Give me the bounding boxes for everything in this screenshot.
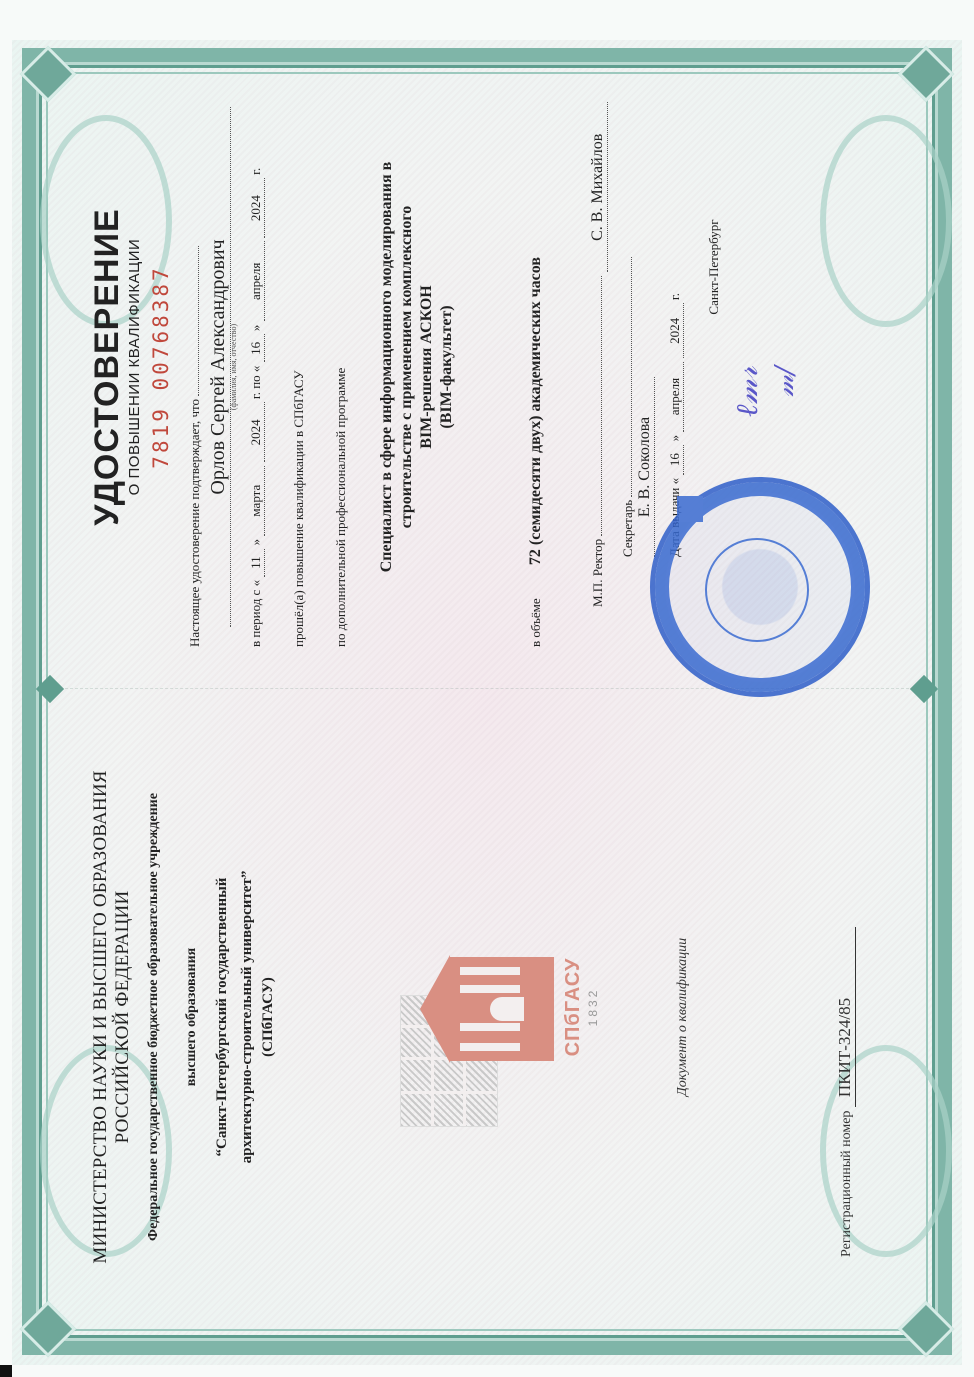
- period-prefix: в период с «: [248, 580, 263, 647]
- right-page: УДОСТОВЕРЕНИЕ О ПОВЫШЕНИИ КВАЛИФИКАЦИИ 7…: [90, 87, 722, 647]
- period-sep: »: [248, 539, 263, 546]
- period-start-day: 11: [248, 549, 265, 577]
- university-name-line-2: архитектурно-строительный университет”: [239, 737, 256, 1297]
- period-end-day: 16: [248, 334, 265, 362]
- period-mid: г. по «: [248, 366, 263, 400]
- registration-number-row: Регистрационный номер ПКИТ-324/85: [835, 927, 856, 1257]
- guilloche-wave: [820, 115, 952, 327]
- period-end-month: апреля: [248, 241, 265, 321]
- secretary-label: Секретарь: [620, 500, 635, 557]
- secretary-signature-line: [631, 257, 632, 497]
- name-row: Орлов Сергей Александрович: [207, 87, 231, 647]
- period-end-year: 2024: [248, 178, 265, 238]
- certificate-sheet: МИНИСТЕРСТВО НАУКИ И ВЫСШЕГО ОБРАЗОВАНИЯ…: [0, 0, 974, 1377]
- program-line: BIM-решения АСКОН: [417, 87, 437, 647]
- institution-type: Федеральное государственное бюджетное об…: [146, 737, 162, 1297]
- program-intro: по дополнительной профессиональной прогр…: [333, 87, 349, 647]
- serial-number: 7819 00768387: [149, 87, 173, 647]
- intro-fill-line: [198, 246, 199, 396]
- rector-signature-icon: ℓ𝓂𝓇: [730, 367, 765, 417]
- program-line: строительстве с применением комплексного: [397, 87, 417, 647]
- issue-day: 16: [667, 445, 684, 475]
- intro-row: Настоящее удостоверение подтверждает, чт…: [187, 87, 203, 647]
- university-building-logo-icon: СПбГАСУ 1832: [400, 887, 640, 1127]
- period-start-year: 2024: [248, 402, 265, 462]
- building-icon: [450, 957, 554, 1061]
- passed-text: прошёл(а) повышение квалификации в СПбГА…: [291, 87, 307, 647]
- volume-label: в объёме: [528, 598, 543, 647]
- program-line: Специалист в сфере информационного модел…: [377, 87, 397, 647]
- issue-suffix: г.: [667, 293, 682, 300]
- program-title: Специалист в сфере информационного модел…: [377, 87, 457, 647]
- certificate-subtitle: О ПОВЫШЕНИИ КВАЛИФИКАЦИИ: [126, 87, 143, 647]
- ministry-line-2: РОССИЙСКОЙ ФЕДЕРАЦИИ: [112, 737, 134, 1297]
- university-name-line-1: “Санкт-Петербургский государственный: [214, 737, 231, 1297]
- document-kind: Документ о квалификации: [675, 737, 691, 1297]
- registration-label: Регистрационный номер: [839, 1111, 854, 1257]
- ministry-line-1: МИНИСТЕРСТВО НАУКИ И ВЫСШЕГО ОБРАЗОВАНИЯ: [90, 737, 112, 1297]
- period-suffix: г.: [248, 168, 263, 175]
- education-level: высшего образования: [184, 737, 200, 1297]
- rector-signature-row: М.П. Ректор С. В. Михайлов: [589, 87, 608, 647]
- stamp-label: М.П.: [590, 580, 605, 607]
- rector-label: Ректор: [590, 539, 605, 576]
- seal-emblem-icon: [705, 538, 809, 642]
- registration-number: ПКИТ-324/85: [835, 927, 856, 1107]
- rector-signature-line: [601, 276, 602, 536]
- program-line: (BIM-факультет): [437, 87, 457, 647]
- issue-month: апреля: [667, 362, 684, 432]
- volume-row: в объёме 72 (семидесяти двух) академичес…: [527, 87, 545, 647]
- holder-full-name: Орлов Сергей Александрович: [207, 107, 231, 627]
- certificate-title: УДОСТОВЕРЕНИЕ: [90, 87, 124, 647]
- issue-year: 2024: [667, 303, 684, 358]
- period-row: в период с « 11 » марта 2024 г. по « 16 …: [248, 87, 265, 647]
- seal-square-icon: [677, 496, 703, 522]
- ministry-name: МИНИСТЕРСТВО НАУКИ И ВЫСШЕГО ОБРАЗОВАНИЯ…: [90, 737, 134, 1297]
- secretary-signature-icon: 𝓂/: [770, 366, 801, 397]
- scan-mark: [0, 1365, 12, 1377]
- official-seal-icon: [650, 477, 870, 697]
- logo-text: СПбГАСУ: [562, 957, 585, 1057]
- logo-year: 1832: [586, 957, 600, 1057]
- secretary-name: Е. В. Соколова: [636, 377, 655, 557]
- intro-text: Настоящее удостоверение подтверждает, чт…: [187, 399, 202, 647]
- issue-sep: »: [667, 435, 682, 442]
- rector-name: С. В. Михайлов: [589, 102, 608, 272]
- volume-value: 72 (семидесяти двух) академических часов: [527, 257, 544, 565]
- university-abbreviation: (СПбГАСУ): [260, 737, 277, 1297]
- left-page: МИНИСТЕРСТВО НАУКИ И ВЫСШЕГО ОБРАЗОВАНИЯ…: [90, 737, 277, 1297]
- period-start-month: марта: [248, 466, 265, 536]
- secretary-signature-row: Секретарь Е. В. Соколова: [620, 87, 655, 647]
- period-sep: »: [248, 325, 263, 332]
